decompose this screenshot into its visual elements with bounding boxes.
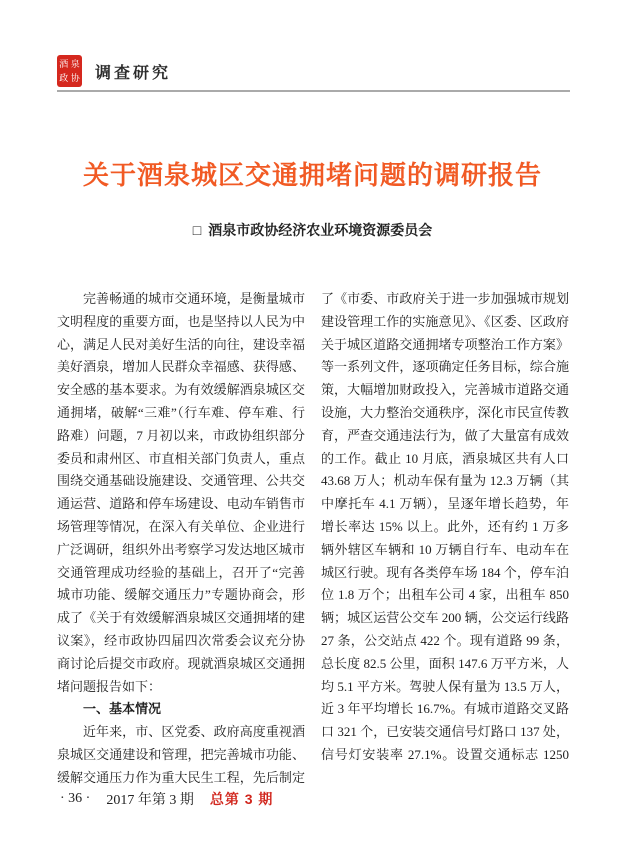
issue-label: 2017 年第 3 期	[106, 789, 194, 809]
page-number: · 36 ·	[60, 791, 90, 807]
section-heading-basic-situation: 一、基本情况	[57, 698, 305, 721]
page-footer: · 36 · 2017 年第 3 期 总第 3 期	[60, 789, 273, 809]
page-header: 酒 泉 政 协 调查研究	[57, 55, 171, 87]
byline-square-marker: □	[193, 222, 201, 238]
journal-seal-stamp-icon: 酒 泉 政 协	[57, 55, 82, 87]
document-page: 酒 泉 政 协 调查研究 关于酒泉城区交通拥堵问题的调研报告 □酒泉市政协经济农…	[0, 0, 625, 855]
article-body: 完善畅通的城市交通环境，是衡量城市文明程度的重要方面，也是坚持以人民为中心，满足…	[57, 288, 569, 790]
seal-char: 酒	[59, 60, 68, 69]
section-label: 调查研究	[95, 60, 171, 83]
seal-char: 泉	[71, 60, 80, 69]
article-byline: □酒泉市政协经济农业环境资源委员会	[0, 220, 625, 240]
paragraph-intro: 完善畅通的城市交通环境，是衡量城市文明程度的重要方面，也是坚持以人民为中心，满足…	[57, 288, 305, 698]
seal-char: 协	[71, 74, 80, 83]
header-divider	[57, 90, 570, 92]
issue-total-label: 总第 3 期	[210, 789, 274, 809]
article-title: 关于酒泉城区交通拥堵问题的调研报告	[0, 155, 625, 192]
seal-char: 政	[59, 74, 68, 83]
byline-author: 酒泉市政协经济农业环境资源委员会	[208, 222, 432, 238]
